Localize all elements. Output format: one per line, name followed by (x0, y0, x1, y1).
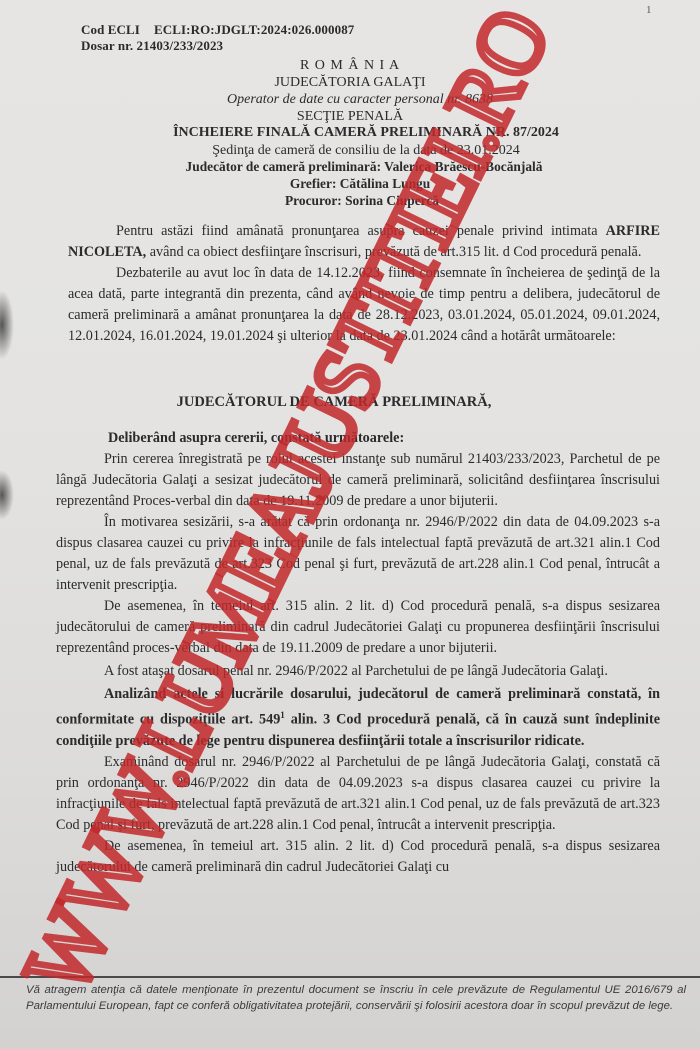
ecli-line: Cod ECLIECLI:RO:JDGLT:2024:026.000087 (81, 22, 354, 38)
case-number: Dosar nr. 21403/233/2023 (81, 38, 223, 54)
main-body: Deliberând asupra cererii, constată urmă… (56, 428, 660, 878)
clerk-line: Grefier: Cătălina Lungu (10, 176, 700, 192)
session-line: Şedinţa de cameră de consiliu de la data… (16, 143, 700, 159)
prosecutor-line: Procuror: Sorina Ciupercă (12, 193, 700, 209)
judge-line: Judecător de cameră preliminară: Valeric… (14, 159, 700, 175)
body-paragraph-2: În motivarea sesizării, s-a arătat că pr… (56, 512, 660, 596)
body-paragraph-4: A fost ataşat dosarul penal nr. 2946/P/2… (56, 661, 660, 682)
intro-paragraph-1: Pentru astăzi fiind amânată pronunţarea … (68, 221, 660, 263)
gdpr-notice: Vă atragem atenţia că datele menţionate … (26, 982, 686, 1014)
intro-paragraph-2: Dezbaterile au avut loc în data de 14.12… (68, 263, 660, 347)
deliberation-heading: Deliberând asupra cererii, constată urmă… (56, 428, 660, 449)
court-name: JUDECĂTORIA GALAŢI (0, 75, 700, 91)
section-heading: JUDECĂTORUL DE CAMERĂ PRELIMINARĂ, (0, 394, 684, 411)
photo-shadow (0, 470, 14, 520)
document-page: 1 Cod ECLIECLI:RO:JDGLT:2024:026.000087 … (0, 0, 700, 1049)
body-paragraph-3: De asemenea, în temeiul art. 315 alin. 2… (56, 596, 660, 659)
body-paragraph-7: De asemenea, în temeiul art. 315 alin. 2… (56, 836, 660, 878)
court-section: SECŢIE PENALĂ (0, 109, 700, 125)
body-paragraph-5: Analizând actele si lucrările dosarului,… (56, 684, 660, 752)
page-number: 1 (646, 4, 652, 16)
intro-section: Pentru astăzi fiind amânată pronunţarea … (68, 221, 660, 347)
ecli-value: ECLI:RO:JDGLT:2024:026.000087 (154, 22, 354, 37)
body-paragraph-6: Examinând dosarul nr. 2946/P/2022 al Par… (56, 752, 660, 836)
body-paragraph-1: Prin cererea înregistrată pe rolul acest… (56, 449, 660, 512)
country-heading: R O M Â N I A (0, 58, 700, 74)
footer-divider (0, 976, 700, 978)
photo-shadow (0, 290, 14, 360)
data-operator: Operator de date cu caracter personal nr… (10, 92, 700, 108)
document-title: ÎNCHEIERE FINALĂ CAMERĂ PRELIMINARĂ NR. … (16, 125, 700, 141)
ecli-label: Cod ECLI (81, 22, 140, 37)
